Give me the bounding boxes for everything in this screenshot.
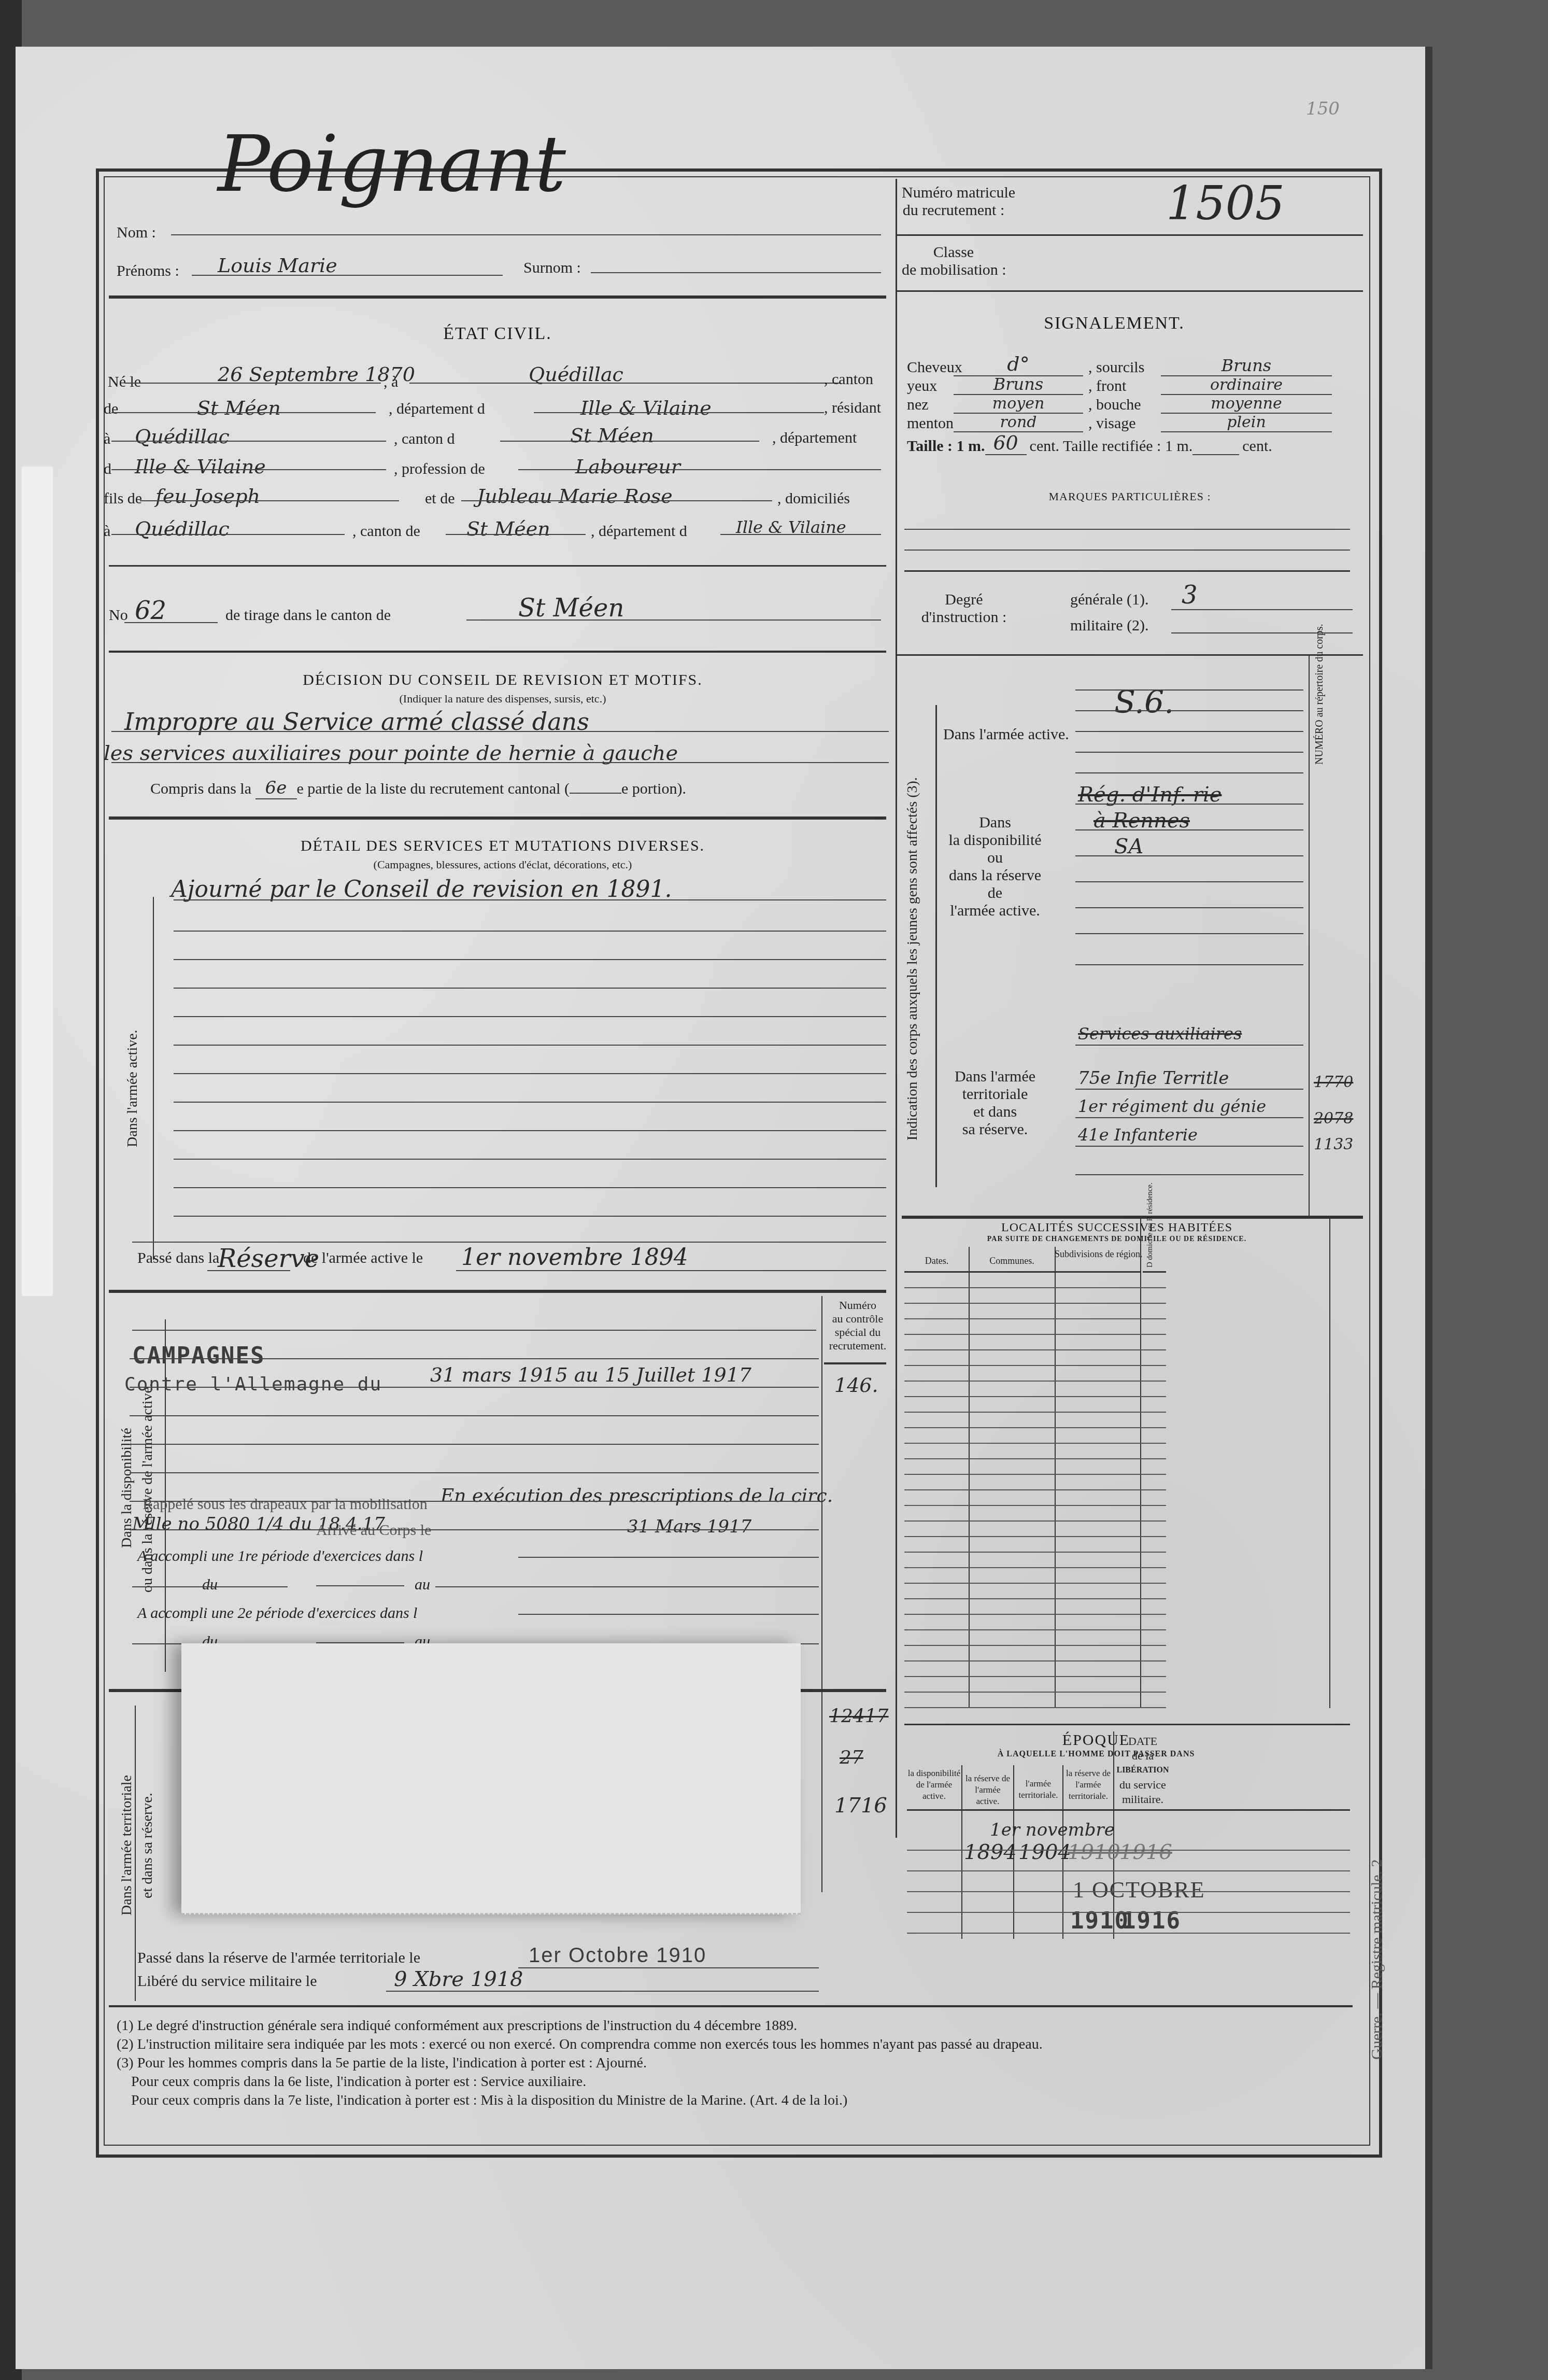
a-label: , à: [384, 373, 398, 391]
portion-value: [570, 793, 621, 794]
rappele-handwritten: En exécution des prescriptions de la cir…: [441, 1485, 833, 1506]
taille-rectifiee-value: [1192, 454, 1239, 455]
residence-dept-label: , département: [772, 429, 857, 447]
localites-title: LOCALITÉS SUCCESSIVES HABITÉES: [904, 1221, 1329, 1235]
margin-note: Guerre. — Registre matricule. 2: [1368, 1814, 1386, 2105]
residence-a-label: à: [104, 430, 110, 448]
territoriale-side-label: Dans l'armée territorialeet dans sa rése…: [117, 1711, 158, 1980]
etat-civil-title: ÉTAT CIVIL.: [394, 324, 601, 344]
tirage-number: 62: [135, 596, 166, 625]
services-subtitle: (Campagnes, blessures, actions d'éclat, …: [218, 858, 788, 871]
page-number: 150: [1306, 98, 1340, 119]
residence-departement: Ille & Vilaine: [135, 455, 266, 478]
corps-territoriale-struck: Services auxiliaires: [1078, 1024, 1242, 1044]
matricule-value: 1505: [1166, 176, 1285, 231]
degre-label: Degréd'instruction :: [912, 591, 1016, 626]
col-domicile-residence: D domicile ou R résidence.: [1145, 1218, 1155, 1268]
parents-canton-label: , canton de: [352, 523, 420, 540]
passe-reserve-territoriale-label: Passé dans la réserve de l'armée territo…: [137, 1949, 420, 1967]
numero-repertoire-label: NUMÉRO au répertoire du corps.: [1314, 661, 1325, 765]
periode1-au: au: [415, 1576, 430, 1594]
compris-row: Compris dans la 6ee partie de la liste d…: [150, 778, 686, 799]
parents-a-label: à: [104, 523, 110, 540]
campagne-stamp: Contre l'Allemagne du: [124, 1374, 382, 1395]
militaire-label: militaire (2).: [1070, 617, 1149, 635]
signalement-row: menton rond , visage plein: [907, 414, 1353, 432]
profession-value: Laboureur: [575, 455, 680, 478]
marques-title: MARQUES PARTICULIÈRES :: [907, 490, 1353, 503]
signalement-title: SIGNALEMENT.: [985, 314, 1244, 333]
footnote-1: (1) Le degré d'instruction générale sera…: [117, 2017, 1334, 2035]
prenoms-value: Louis Marie: [218, 254, 337, 277]
footnotes: (1) Le degré d'instruction générale sera…: [117, 2017, 1334, 2110]
decision-title: DÉCISION DU CONSEIL DE REVISION ET MOTIF…: [218, 671, 788, 689]
services-entry: Ajourné par le Conseil de revision en 18…: [171, 876, 672, 903]
visage-value: plein: [1161, 413, 1332, 432]
epoque-title: ÉPOQUE: [904, 1731, 1288, 1749]
bouche-value: moyenne: [1161, 395, 1332, 414]
periode2-label: A accompli une 2e période d'exercices da…: [137, 1604, 417, 1622]
tirage-label: de tirage dans le canton de: [225, 607, 391, 624]
departement-label: , département d: [389, 400, 485, 418]
corps-active-label: Dans l'armée active.: [943, 726, 1047, 743]
ne-le-label: Né le: [108, 373, 141, 391]
residence-canton-label: , canton d: [394, 430, 455, 448]
cheveux-value: d°: [954, 353, 1083, 376]
footnote-4: Pour ceux compris dans la 6e liste, l'in…: [117, 2073, 1334, 2091]
menton-value: rond: [954, 413, 1083, 432]
epoque-subtitle: À LAQUELLE L'HOMME DOIT PASSER DANS: [904, 1750, 1288, 1759]
passe-reserve-label: Passé dans la: [137, 1249, 219, 1267]
territoriale-number-2: 27: [840, 1747, 863, 1768]
mother-name: Jubleau Marie Rose: [477, 485, 673, 508]
date-liberation-header: DATE de la LIBÉRATION du service militai…: [1114, 1734, 1171, 1807]
passe-reserve-territoriale-value: 1er Octobre 1910: [529, 1944, 706, 1967]
et-de-label: et de: [425, 490, 455, 508]
epoque-rows: [907, 1830, 1350, 1944]
col-armee-territoriale: l'armée territoriale.: [1014, 1778, 1062, 1801]
canton-label: , canton: [824, 371, 873, 388]
de-label: de: [104, 400, 118, 418]
page-edge-shadow: [22, 467, 53, 1296]
classe-label: Classede mobilisation :: [902, 244, 1005, 279]
taille-value: 60: [985, 431, 1027, 455]
yeux-value: Bruns: [954, 374, 1083, 395]
tirage-no-label: No: [109, 607, 128, 624]
libere-label: Libéré du service militaire le: [137, 1973, 317, 1990]
compris-value: 6e: [255, 778, 297, 799]
residence-dept-prefix: d: [104, 460, 111, 478]
signalement-row: nez moyen , bouche moyenne: [907, 395, 1353, 414]
signalement-table: Cheveux d° , sourcils Bruns yeux Bruns ,…: [907, 358, 1353, 455]
profession-label: , profession de: [394, 460, 485, 478]
birth-departement: Ille & Vilaine: [580, 397, 712, 419]
arrive-label: Arrivé au Corps le: [316, 1522, 431, 1539]
signalement-row: Cheveux d° , sourcils Bruns: [907, 358, 1353, 376]
localites-subtitle: PAR SUITE DE CHANGEMENTS DE DOMICILE OU …: [904, 1235, 1329, 1244]
col-communes: Communes.: [969, 1256, 1055, 1266]
generale-label: générale (1).: [1070, 591, 1149, 609]
footnote-3: (3) Pour les hommes compris dans la 5e p…: [117, 2054, 1334, 2073]
decision-subtitle: (Indiquer la nature des dispenses, sursi…: [218, 692, 788, 706]
periode1-du: du: [202, 1576, 218, 1594]
taille-row: Taille : 1 m. 60 cent. Taille rectifiée …: [907, 434, 1353, 455]
tirage-canton: St Méen: [518, 594, 624, 623]
services-title: DÉTAIL DES SERVICES ET MUTATIONS DIVERSE…: [218, 837, 788, 855]
corps-territoriale-label: Dans l'armée territoriale et dans sa rés…: [943, 1068, 1047, 1138]
col-dates: Dates.: [904, 1256, 969, 1266]
residence-canton: St Méen: [570, 424, 654, 447]
domicilies-label: , domiciliés: [777, 490, 850, 508]
numero-controle-label: Numéro au contrôle spécial du recrutemen…: [827, 1299, 889, 1353]
residant-label: , résidant: [824, 399, 881, 417]
birth-canton: St Méen: [197, 397, 281, 419]
col-reserve-active: la réserve de l'armée active.: [962, 1773, 1013, 1807]
signalement-row: yeux Bruns , front ordinaire: [907, 376, 1353, 395]
prenoms-label: Prénoms :: [117, 262, 179, 280]
arrive-value: 31 Mars 1917: [627, 1516, 751, 1537]
footnote-5: Pour ceux compris dans la 7e liste, l'in…: [117, 2091, 1334, 2110]
localites-rows: [904, 1273, 1166, 1708]
parents-dept-label: , département d: [591, 523, 687, 540]
corps-territoriale-value-3: 41e Infanterie: [1078, 1125, 1198, 1145]
repertoire-number-2: 2078: [1314, 1109, 1353, 1128]
periode1-label: A accompli une 1re période d'exercices d…: [137, 1547, 423, 1565]
parents-commune: Quédillac: [135, 517, 230, 540]
col-subdivisions: Subdivisions de région.: [1055, 1249, 1140, 1259]
father-name: feu Joseph: [155, 485, 260, 508]
fils-de-label: fils de: [104, 490, 142, 508]
corps-territoriale-value-2: 1er régiment du génie: [1078, 1096, 1266, 1116]
instruction-generale-value: 3: [1182, 581, 1198, 610]
surnom-label: Surnom :: [523, 259, 581, 277]
nom-label: Nom :: [117, 224, 156, 242]
col-reserve-territoriale: la réserve de l'armée territoriale.: [1063, 1768, 1113, 1802]
footnote-2: (2) L'instruction militaire sera indiqué…: [117, 2035, 1334, 2054]
matricule-label: Numéro matriculedu recrutement :: [902, 184, 1005, 219]
passe-mid-label: de l'armée active le: [303, 1249, 423, 1267]
territoriale-number-3: 1716: [834, 1794, 887, 1818]
col-disponibilite: la disponibilité de l'armée active.: [907, 1768, 961, 1802]
numero-controle-value: 146.: [834, 1374, 878, 1397]
repertoire-number-1: 1770: [1314, 1073, 1353, 1091]
corps-territoriale-value-1: 75e Infie Territle: [1078, 1068, 1229, 1089]
surname-handwritten: Poignant: [218, 119, 566, 209]
corps-vertical-label: Indication des corps auxquels les jeunes…: [904, 705, 921, 1213]
pasted-paper-patch: [181, 1643, 801, 1914]
libere-value: 9 Xbre 1918: [394, 1967, 523, 1991]
territoriale-number-1: 12417: [829, 1706, 889, 1727]
residence-commune: Quédillac: [135, 425, 230, 448]
sourcils-value: Bruns: [1161, 356, 1332, 376]
parents-canton: St Méen: [466, 517, 550, 540]
campagne-dates: 31 mars 1915 au 15 Juillet 1917: [430, 1363, 751, 1386]
front-value: ordinaire: [1161, 376, 1332, 395]
repertoire-number-3: 1133: [1314, 1135, 1353, 1153]
services-side-label: Dans l'armée active.: [124, 985, 141, 1192]
campagnes-stamp: CAMPAGNES: [132, 1343, 265, 1369]
rappele-label: Rappelé sous les drapeaux par la mobilis…: [143, 1496, 428, 1513]
passe-reserve-date: 1er novembre 1894: [461, 1244, 688, 1271]
corps-disponibilite-label: Dans la disponibilité ou dans la réserve…: [943, 814, 1047, 920]
nez-value: moyen: [954, 395, 1083, 414]
